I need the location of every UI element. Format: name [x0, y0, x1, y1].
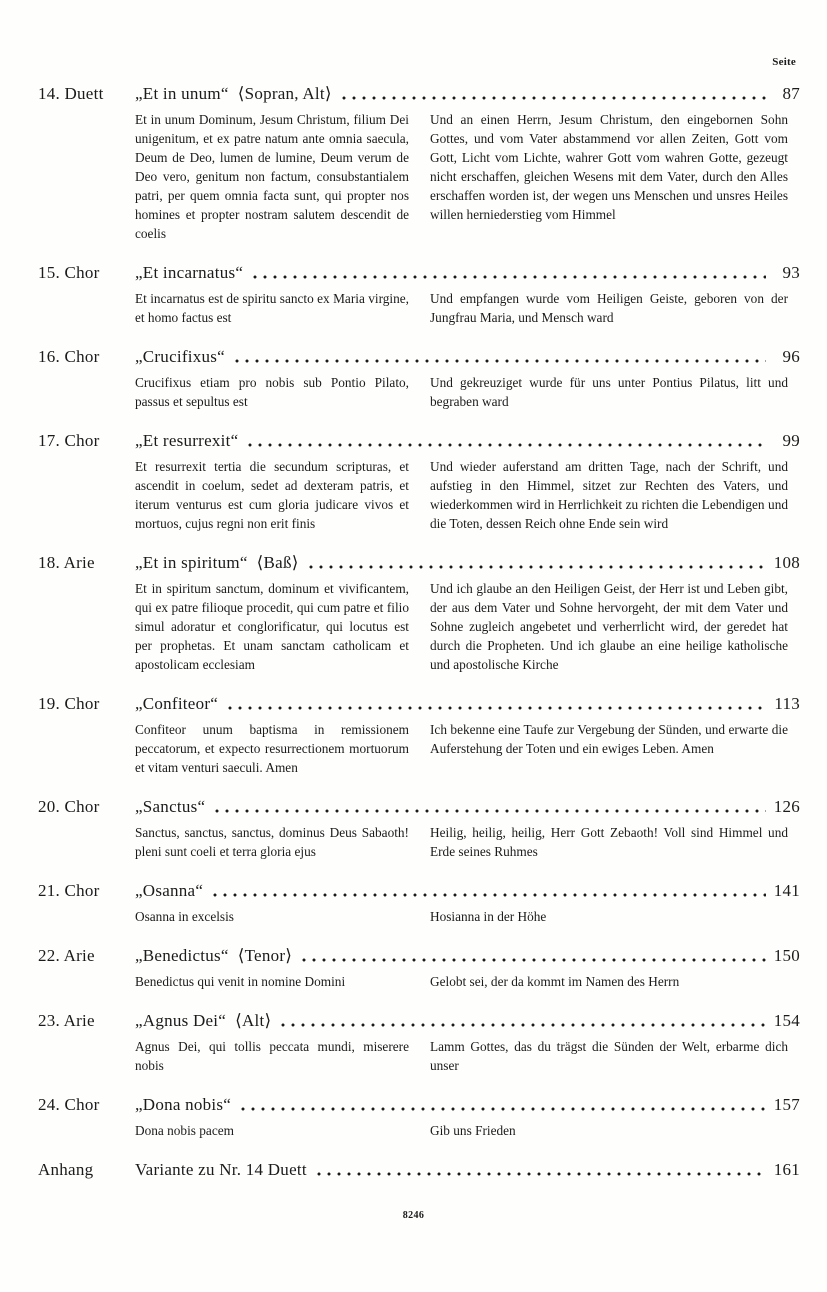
- entry-title: „Osanna“: [135, 879, 203, 903]
- entry-label: 16. Chor: [38, 345, 135, 369]
- toc-entry-heading: 23. Arie „Agnus Dei“ ⟨Alt⟩ 154: [38, 1009, 800, 1033]
- entry-page-number: 154: [768, 1009, 800, 1033]
- dots-leader: [245, 434, 766, 450]
- toc-entry: 14. Duett „Et in unum“ ⟨Sopran, Alt⟩ 87 …: [38, 82, 800, 243]
- toc-entry: 19. Chor „Confiteor“ 113 Confiteor unum …: [38, 692, 800, 777]
- entry-label: 20. Chor: [38, 795, 135, 819]
- toc-entry: 17. Chor „Et resurrexit“ 99 Et resurrexi…: [38, 429, 800, 533]
- dots-leader: [212, 800, 766, 816]
- dots-leader: [238, 1098, 766, 1114]
- entry-voices: ⟨Baß⟩: [257, 551, 299, 575]
- toc-entry-heading: 17. Chor „Et resurrexit“ 99: [38, 429, 800, 453]
- entry-body: Et in spiritum sanctum, dominum et vivif…: [135, 579, 800, 674]
- latin-text: Agnus Dei, qui tollis peccata mundi, mis…: [135, 1037, 409, 1075]
- entry-voices: ⟨Tenor⟩: [238, 944, 292, 968]
- latin-text: Et in unum Dominum, Jesum Christum, fili…: [135, 110, 409, 243]
- latin-text: Dona nobis pacem: [135, 1121, 409, 1140]
- dots-leader: [250, 266, 766, 282]
- toc-entry-heading: 14. Duett „Et in unum“ ⟨Sopran, Alt⟩ 87: [38, 82, 800, 106]
- toc-entry: 20. Chor „Sanctus“ 126 Sanctus, sanctus,…: [38, 795, 800, 861]
- dots-leader: [306, 556, 766, 572]
- entry-label: Anhang: [38, 1158, 135, 1182]
- entry-label: 22. Arie: [38, 944, 135, 968]
- entry-page-number: 161: [768, 1158, 800, 1182]
- entry-title: „Et resurrexit“: [135, 429, 238, 453]
- entry-label: 14. Duett: [38, 82, 135, 106]
- toc-entry-heading: Anhang Variante zu Nr. 14 Duett 161: [38, 1158, 800, 1182]
- entry-label: 19. Chor: [38, 692, 135, 716]
- dots-leader: [232, 350, 766, 366]
- entry-page-number: 108: [768, 551, 800, 575]
- plate-number: 8246: [0, 1210, 827, 1221]
- entry-page-number: 93: [768, 261, 800, 285]
- dots-leader: [210, 884, 766, 900]
- toc-entry-heading: 16. Chor „Crucifixus“ 96: [38, 345, 800, 369]
- dots-leader: [299, 949, 766, 965]
- entry-body: Dona nobis pacem Gib uns Frieden: [135, 1121, 800, 1140]
- entry-label: 21. Chor: [38, 879, 135, 903]
- entry-body: Agnus Dei, qui tollis peccata mundi, mis…: [135, 1037, 800, 1075]
- entry-title: „Dona nobis“: [135, 1093, 231, 1117]
- entry-title: „Et incarnatus“: [135, 261, 243, 285]
- entry-title: „Benedictus“: [135, 944, 229, 968]
- german-text: Und an einen Herrn, Jesum Christum, den …: [430, 110, 788, 243]
- entry-body: Et resurrexit tertia die secundum script…: [135, 457, 800, 533]
- dots-leader: [314, 1163, 766, 1179]
- toc-entry: 22. Arie „Benedictus“ ⟨Tenor⟩ 150 Benedi…: [38, 944, 800, 991]
- latin-text: Benedictus qui venit in nomine Domini: [135, 972, 409, 991]
- german-text: Und gekreuziget wurde für uns unter Pont…: [430, 373, 788, 411]
- german-text: Gelobt sei, der da kommt im Namen des He…: [430, 972, 788, 991]
- entry-title: „Et in spiritum“: [135, 551, 248, 575]
- entry-body: Et in unum Dominum, Jesum Christum, fili…: [135, 110, 800, 243]
- entry-label: 23. Arie: [38, 1009, 135, 1033]
- toc-entry-anhang: Anhang Variante zu Nr. 14 Duett 161: [38, 1158, 800, 1182]
- toc-entry-heading: 20. Chor „Sanctus“ 126: [38, 795, 800, 819]
- entry-body: Confiteor unum baptisma in remissionem p…: [135, 720, 800, 777]
- latin-text: Confiteor unum baptisma in remissionem p…: [135, 720, 409, 777]
- entry-title: „Agnus Dei“: [135, 1009, 226, 1033]
- german-text: Gib uns Frieden: [430, 1121, 788, 1140]
- entry-page-number: 157: [768, 1093, 800, 1117]
- dots-leader: [225, 697, 766, 713]
- latin-text: Et in spiritum sanctum, dominum et vivif…: [135, 579, 409, 674]
- toc-entry: 15. Chor „Et incarnatus“ 93 Et incarnatu…: [38, 261, 800, 327]
- dots-leader: [278, 1014, 766, 1030]
- german-text: Lamm Gottes, das du trägst die Sünden de…: [430, 1037, 788, 1075]
- dots-leader: [339, 87, 766, 103]
- entry-body: Et incarnatus est de spiritu sancto ex M…: [135, 289, 800, 327]
- entry-voices: ⟨Sopran, Alt⟩: [238, 82, 332, 106]
- entry-page-number: 150: [768, 944, 800, 968]
- entry-body: Sanctus, sanctus, sanctus, dominus Deus …: [135, 823, 800, 861]
- entry-title: Variante zu Nr. 14 Duett: [135, 1158, 307, 1182]
- german-text: Und empfangen wurde vom Heiligen Geiste,…: [430, 289, 788, 327]
- entry-body: Crucifixus etiam pro nobis sub Pontio Pi…: [135, 373, 800, 411]
- latin-text: Et resurrexit tertia die secundum script…: [135, 457, 409, 533]
- toc-entry: 16. Chor „Crucifixus“ 96 Crucifixus etia…: [38, 345, 800, 411]
- page-column-header: Seite: [38, 56, 800, 68]
- toc-entry-heading: 22. Arie „Benedictus“ ⟨Tenor⟩ 150: [38, 944, 800, 968]
- toc-entry-heading: 24. Chor „Dona nobis“ 157: [38, 1093, 800, 1117]
- entry-page-number: 113: [768, 692, 800, 716]
- toc-entry: 21. Chor „Osanna“ 141 Osanna in excelsis…: [38, 879, 800, 926]
- toc-entry: 24. Chor „Dona nobis“ 157 Dona nobis pac…: [38, 1093, 800, 1140]
- entry-body: Benedictus qui venit in nomine Domini Ge…: [135, 972, 800, 991]
- entry-label: 18. Arie: [38, 551, 135, 575]
- entry-page-number: 96: [768, 345, 800, 369]
- entry-title: „Confiteor“: [135, 692, 218, 716]
- entry-page-number: 141: [768, 879, 800, 903]
- entry-body: Osanna in excelsis Hosianna in der Höhe: [135, 907, 800, 926]
- scanned-toc-page: Seite 14. Duett „Et in unum“ ⟨Sopran, Al…: [0, 0, 827, 1292]
- entry-label: 15. Chor: [38, 261, 135, 285]
- latin-text: Crucifixus etiam pro nobis sub Pontio Pi…: [135, 373, 409, 411]
- seite-label: Seite: [772, 56, 796, 68]
- entry-page-number: 126: [768, 795, 800, 819]
- entry-label: 24. Chor: [38, 1093, 135, 1117]
- entry-label: 17. Chor: [38, 429, 135, 453]
- latin-text: Osanna in excelsis: [135, 907, 409, 926]
- toc-entry-heading: 19. Chor „Confiteor“ 113: [38, 692, 800, 716]
- entry-page-number: 99: [768, 429, 800, 453]
- entry-title: „Et in unum“: [135, 82, 229, 106]
- german-text: Ich bekenne eine Taufe zur Vergebung der…: [430, 720, 788, 777]
- entry-title: „Crucifixus“: [135, 345, 225, 369]
- entry-title: „Sanctus“: [135, 795, 205, 819]
- toc-entry-heading: 15. Chor „Et incarnatus“ 93: [38, 261, 800, 285]
- latin-text: Sanctus, sanctus, sanctus, dominus Deus …: [135, 823, 409, 861]
- toc-entry-heading: 21. Chor „Osanna“ 141: [38, 879, 800, 903]
- german-text: Hosianna in der Höhe: [430, 907, 788, 926]
- german-text: Und wieder auferstand am dritten Tage, n…: [430, 457, 788, 533]
- toc-entry: 23. Arie „Agnus Dei“ ⟨Alt⟩ 154 Agnus Dei…: [38, 1009, 800, 1075]
- german-text: Heilig, heilig, heilig, Herr Gott Zebaot…: [430, 823, 788, 861]
- entry-voices: ⟨Alt⟩: [235, 1009, 271, 1033]
- toc-entry-heading: 18. Arie „Et in spiritum“ ⟨Baß⟩ 108: [38, 551, 800, 575]
- latin-text: Et incarnatus est de spiritu sancto ex M…: [135, 289, 409, 327]
- german-text: Und ich glaube an den Heiligen Geist, de…: [430, 579, 788, 674]
- toc-entry: 18. Arie „Et in spiritum“ ⟨Baß⟩ 108 Et i…: [38, 551, 800, 674]
- entry-page-number: 87: [768, 82, 800, 106]
